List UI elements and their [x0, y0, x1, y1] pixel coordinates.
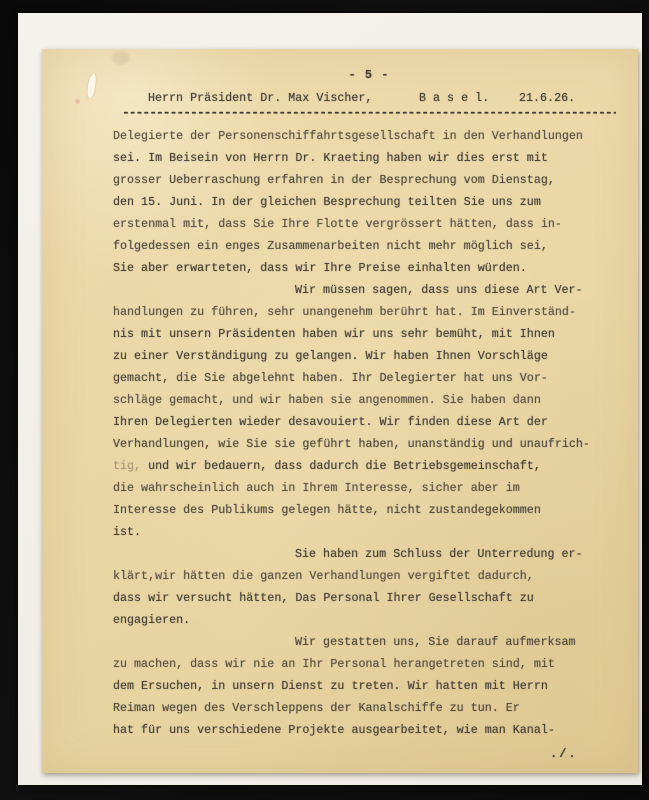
date-label: 21.6.26. — [519, 91, 575, 105]
typed-line: engagieren. — [113, 609, 621, 631]
typed-line: hat für uns verschiedene Projekte ausgea… — [113, 719, 621, 741]
faded-text: tig, — [113, 459, 141, 473]
typed-line: den 15. Juni. In der gleichen Besprechun… — [113, 191, 621, 213]
place-label: B a s e l. — [419, 91, 489, 105]
typed-line: erstenmal mit, dass Sie Ihre Flotte verg… — [113, 213, 621, 235]
recipient-line: Herrn Präsident Dr. Max Vischer, — [148, 91, 372, 105]
paper-smudge — [112, 51, 130, 65]
typed-line: dass wir versucht hätten, Das Personal I… — [113, 587, 621, 609]
typed-line: die wahrscheinlich auch in Ihrem Interes… — [113, 477, 621, 499]
typed-line: Interesse des Publikums gelegen hätte, n… — [113, 499, 621, 521]
header-rule: ----------------------------------------… — [122, 105, 616, 119]
typed-line: tig, und wir bedauern, dass dadurch die … — [113, 455, 621, 477]
typed-line: zu machen, dass wir nie an Ihr Personal … — [113, 653, 621, 675]
typed-line: Sie haben zum Schluss der Unterredung er… — [113, 543, 621, 565]
typed-line: folgedessen ein enges Zusammenarbeiten n… — [113, 235, 621, 257]
photo-frame: - 5 - Herrn Präsident Dr. Max Vischer, B… — [0, 0, 649, 800]
typed-line: grosser Ueberraschung erfahren in der Be… — [113, 169, 621, 191]
typed-line: Wir gestatten uns, Sie darauf aufmerksam — [113, 631, 621, 653]
typed-line: sei. Im Beisein von Herrn Dr. Kraeting h… — [113, 147, 621, 169]
typed-line: handlungen zu führen, sehr unangenehm be… — [113, 301, 621, 323]
typed-line: Ihren Delegierten wieder desavouiert. Wi… — [113, 411, 621, 433]
typed-line: Verhandlungen, wie Sie sie geführt haben… — [113, 433, 621, 455]
typed-line: Wir müssen sagen, dass uns diese Art Ver… — [113, 279, 621, 301]
letter-body: Delegierte der Personenschiffahrtsgesell… — [113, 125, 621, 741]
typed-line: schläge gemacht, und wir haben sie angen… — [113, 389, 621, 411]
typed-line: Sie aber erwarteten, dass wir Ihre Preis… — [113, 257, 621, 279]
typed-line: zu einer Verständigung zu gelangen. Wir … — [113, 345, 621, 367]
typed-line: ist. — [113, 521, 621, 543]
letter-page: - 5 - Herrn Präsident Dr. Max Vischer, B… — [42, 49, 638, 773]
typed-line: nis mit unsern Präsidenten haben wir uns… — [113, 323, 621, 345]
typed-line: Delegierte der Personenschiffahrtsgesell… — [113, 125, 621, 147]
typed-line: Reiman wegen des Verschleppens der Kanal… — [113, 697, 621, 719]
page-number: - 5 - — [123, 68, 615, 82]
typed-line: dem Ersuchen, in unsern Dienst zu treten… — [113, 675, 621, 697]
continuation-mark: ./. — [550, 747, 578, 761]
typed-line: klärt,wir hätten die ganzen Verhandlunge… — [113, 565, 621, 587]
photo-mat: - 5 - Herrn Präsident Dr. Max Vischer, B… — [18, 13, 642, 785]
typed-line: gemacht, die Sie abgelehnt haben. Ihr De… — [113, 367, 621, 389]
